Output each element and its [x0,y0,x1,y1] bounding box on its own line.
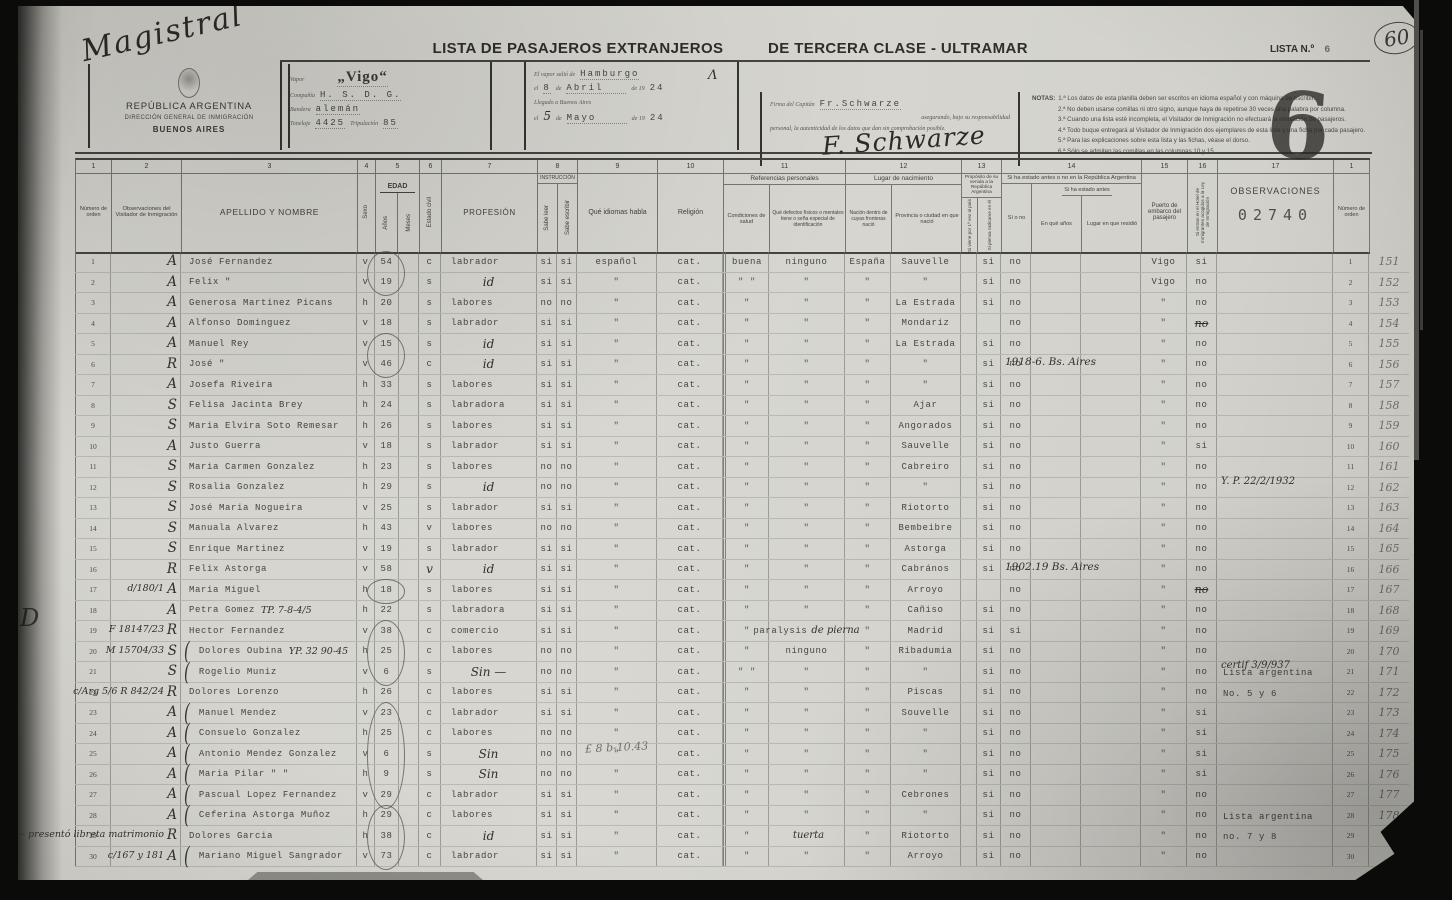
cell-es: c [419,642,441,662]
cell-q0 [961,785,977,805]
cell-ms [399,580,419,600]
cell-pv: Sauvelle [891,252,961,272]
cell-n: 24 [75,724,111,744]
cell-qa [1031,580,1081,600]
cell-q1: si [977,416,1001,436]
cell-sx: v [357,785,375,805]
table-row: 8SFelisa Jacinta Breyh24slabradorasisi"c… [75,396,1409,417]
cell-n2: 4 [1333,314,1369,334]
cell-pu: " [1141,826,1187,846]
cell-sx: h [357,375,375,395]
cell-q0 [961,744,977,764]
cell-pf: id [441,560,537,580]
cell-q0 [961,498,977,518]
cell-ec: si [557,539,577,559]
cell-n2: 18 [1333,601,1369,621]
cell-re: cat. [657,744,723,764]
cell-obs: S [111,416,181,436]
cell-re: cat. [657,457,723,477]
document-page: Magistral LISTA DE PASAJEROS EXTRANJEROS… [18,6,1414,880]
cell-q2: no [1001,580,1031,600]
cell-na: " [845,457,891,477]
cell-an: 18 [375,437,399,457]
authority-country: REPÚBLICA ARGENTINA [98,101,280,112]
cell-sa: " [723,642,769,662]
cell-pu: " [1141,806,1187,826]
cell-de: " [769,560,845,580]
cell-ms [399,375,419,395]
cell-de: " [769,539,845,559]
cell-name: Felix Astorga [181,560,357,580]
cell-sa: " [723,457,769,477]
cell-n2: 25 [1333,744,1369,764]
cell-n2: 12 [1333,478,1369,498]
cell-de: " [769,416,845,436]
cell-q1: si [977,334,1001,354]
cell-q1: si [977,355,1001,375]
cell-q2: no [1001,642,1031,662]
lista-number-label: LISTA N.º6 [1270,44,1330,56]
cell-pf: labrador [441,539,537,559]
arrival-day-handwritten: 5 [543,109,551,123]
col-header-referencias: Referencias personales Condiciones de sa… [724,172,846,252]
cell-mg: 155 [1369,334,1409,354]
cell-an: 54 [375,252,399,272]
cell-mg: 159 [1369,416,1409,436]
cell-ec: no [557,724,577,744]
cell-re: cat. [657,252,723,272]
cell-mg: 160 [1369,437,1409,457]
col-header-sexo: Sexo [358,172,376,252]
cell-n: 28 [75,806,111,826]
col-header-instruccion: INSTRUCCIÓN Sabe leer Sabe escribir [538,172,578,252]
cell-le: si [537,355,557,375]
cell-ec: si [557,826,577,846]
cell-name: Dolores Lorenzo [181,683,357,703]
cell-mg: 167 [1369,580,1409,600]
col-header-defectos: Qué defectos físicos o mentales tiene o … [770,185,846,252]
cell-sa: " [723,847,769,867]
cell-de: " [769,601,845,621]
cell-q1: si [977,703,1001,723]
cell-es: c [419,621,441,641]
cell-an: 6 [375,662,399,682]
cell-id: " [577,375,657,395]
cell-an: 29 [375,806,399,826]
cell-obs: c/Arg 5/6 R 842/24R [111,683,181,703]
departure-month: Abril [566,83,626,94]
cell-ec: si [557,314,577,334]
cell-sa: " [723,519,769,539]
cell-mg: 161 [1369,457,1409,477]
cell-na: " [845,375,891,395]
cell-q0 [961,847,977,867]
cell-ql [1081,252,1141,272]
cell-sa: " [723,560,769,580]
cell-mg: 151 [1369,252,1409,272]
cell-q2: no [1001,498,1031,518]
cell-pv: Madrid [891,621,961,641]
cell-ob [1217,437,1333,457]
cell-mg: 169 [1369,621,1409,641]
cell-ho: no [1187,580,1217,600]
cell-pf: Sin [441,765,537,785]
cell-q0 [961,683,977,703]
cell-es: v [419,519,441,539]
col-header-religion: Religión [658,172,724,252]
cell-id: " [577,621,657,641]
cell-ms [399,416,419,436]
cell-qa [1031,642,1081,662]
cell-de: " [769,662,845,682]
ship-info-box: Vapor „Vigo“ Compañía H. S. D. G. Bander… [280,62,492,150]
col-header-salud: Condiciones de salud [724,185,770,252]
cell-obs: A [111,744,181,764]
cell-ql [1081,683,1141,703]
cell-sx: h [357,601,375,621]
cell-ho: si [1187,252,1217,272]
cell-an: 29 [375,478,399,498]
cell-n: 6 [75,355,111,375]
cell-sa: " [723,601,769,621]
cell-es: v [419,560,441,580]
cell-pu: " [1141,601,1187,621]
cell-an: 26 [375,683,399,703]
cell-ms [399,785,419,805]
cell-ob [1217,621,1333,641]
cell-mg: 164 [1369,519,1409,539]
cell-mg: 153 [1369,293,1409,313]
cell-ho: no [1187,847,1217,867]
cell-pu: Vigo [1141,273,1187,293]
cell-ec: no [557,478,577,498]
cell-pv: Riotorto [891,826,961,846]
cell-sa: " [723,724,769,744]
cell-name: Petra GomezTP. 7-8-4/5 [181,601,357,621]
page-edge-sliver-2 [1420,30,1423,330]
cell-le: si [537,683,557,703]
cell-es: s [419,314,441,334]
cell-mg: 178 [1369,806,1409,826]
cell-pv: Bembeibre [891,519,961,539]
cell-re: cat. [657,519,723,539]
table-body: 1AJosé Fernandezv54clabradorsisiespañolc… [75,252,1409,867]
cell-sa: " [723,744,769,764]
cell-ec: si [557,621,577,641]
cell-q0 [961,806,977,826]
cell-n: 8 [75,396,111,416]
cell-mg: 176 [1369,765,1409,785]
cell-na: España [845,252,891,272]
cell-pu: " [1141,519,1187,539]
cell-n2: 3 [1333,293,1369,313]
cell-qa [1031,806,1081,826]
cell-ec: si [557,560,577,580]
cell-an: 26 [375,416,399,436]
cell-ob: no. 7 y 8 [1217,826,1333,846]
cell-ob [1217,765,1333,785]
cell-ql [1081,375,1141,395]
cell-an: 25 [375,498,399,518]
cell-re: cat. [657,273,723,293]
cell-ms [399,396,419,416]
cell-an: 24 [375,396,399,416]
cell-n2: 26 [1333,765,1369,785]
cell-de: " [769,478,845,498]
cell-ob [1217,334,1333,354]
cell-n2: 30 [1333,847,1369,867]
cell-sx: h [357,806,375,826]
bottom-edge-shadow [248,872,483,880]
cell-sa: " [723,806,769,826]
cell-ho: no [1187,683,1217,703]
col-header-lugar-nacimiento: Lugar de nacimiento Nación dentro de cuy… [846,172,962,252]
cell-re: cat. [657,826,723,846]
cell-n: 7 [75,375,111,395]
cell-q1: si [977,498,1001,518]
cell-re: cat. [657,601,723,621]
cell-sa: " [723,355,769,375]
cell-an: 18 [375,580,399,600]
tripulacion-label: Tripulación [350,121,378,127]
cell-de: " [769,519,845,539]
cell-mg: 168 [1369,601,1409,621]
cell-pv: La Estrada [891,334,961,354]
cell-obs: A [111,273,181,293]
cell-pf: labores [441,457,537,477]
cell-es: c [419,252,441,272]
cell-an: 46 [375,355,399,375]
cell-id: "£ 8 b-10.43 [577,744,657,764]
cell-pu: " [1141,847,1187,867]
cell-es: s [419,498,441,518]
cell-na: " [845,273,891,293]
table-row: 27A(Pascual Lopez Fernandezv29clabradors… [75,785,1409,806]
cell-ms [399,334,419,354]
cell-re: cat. [657,703,723,723]
cell-de: " [769,785,845,805]
table-row: 16RFelix Astorgav58vidsisi"cat."""Cabrán… [75,560,1409,581]
cell-ql [1081,457,1141,477]
cell-ob [1217,375,1333,395]
table-row: 3AGenerosa Martinez Picansh20slaboresnon… [75,293,1409,314]
cell-q2: no [1001,765,1031,785]
cell-na: " [845,498,891,518]
cell-ql [1081,396,1141,416]
table-row: 17d/180/1AMaria Miguelh18slaboressisi"ca… [75,580,1409,601]
arrival-year: 24 [650,113,665,123]
cell-name: Maria Carmen Gonzalez [181,457,357,477]
cell-n2: 14 [1333,519,1369,539]
cell-le: si [537,580,557,600]
cell-ob [1217,416,1333,436]
cell-ql [1081,416,1141,436]
departure-port: Hamburgo [580,69,639,80]
cell-mg: 156 [1369,355,1409,375]
cell-ho: no [1187,539,1217,559]
table-row: 5AManuel Reyv15sidsisi"cat."""La Estrada… [75,334,1409,355]
cell-de: " [769,683,845,703]
cell-n: 5 [75,334,111,354]
cell-na: " [845,642,891,662]
cell-de: paralysisde pierna [769,621,845,641]
cell-n: 26 [75,765,111,785]
cell-q0 [961,765,977,785]
cell-q2: no [1001,703,1031,723]
cell-id: " [577,498,657,518]
cell-na: " [845,519,891,539]
cell-na: " [845,765,891,785]
cell-ho: no [1187,498,1217,518]
col-header-idiomas: Qué idiomas habla [578,172,658,252]
cell-ob: Y. P. 22/2/1932 [1217,478,1333,498]
cell-q1: si [977,662,1001,682]
cell-n: 21 [75,662,111,682]
col-header-sabe-escribir: Sabe escribir [558,184,578,252]
cell-id: español [577,252,657,272]
cell-q0 [961,601,977,621]
cell-sa: " [723,437,769,457]
cell-n: 2 [75,273,111,293]
cell-n: 11 [75,457,111,477]
cell-q0 [961,375,977,395]
llegado-label: Llegado a Buenos Aires [534,100,591,106]
cell-sa: " " [723,662,769,682]
col-header-meses: Meses [398,193,420,252]
cell-ql [1081,765,1141,785]
cell-q0 [961,826,977,846]
cell-sx: v [357,437,375,457]
cell-qa [1031,539,1081,559]
cell-id: " [577,703,657,723]
captain-name-typed: Fr.Schwarze [820,99,901,110]
cell-ob: No. 5 y 6 [1217,683,1333,703]
ship-flag: alemán [316,104,360,115]
cell-qa [1031,683,1081,703]
cell-qa [1031,765,1081,785]
cell-pu: " [1141,437,1187,457]
cell-qa [1031,601,1081,621]
cell-ec: si [557,785,577,805]
cell-q0 [961,478,977,498]
coat-of-arms-icon [178,68,200,98]
cell-name: Maria Miguel [181,580,357,600]
cell-sa: " [723,765,769,785]
cell-q0 [961,355,977,375]
cell-obs: A [111,334,181,354]
cell-n2: 27 [1333,785,1369,805]
cell-q2: si [1001,621,1031,641]
cell-sx: h [357,457,375,477]
cell-pf: labores [441,580,537,600]
cell-ms [399,765,419,785]
cell-q2: no [1001,396,1031,416]
cell-ms [399,478,419,498]
cell-name: (Consuelo Gonzalez [181,724,357,744]
cell-pv: " [891,355,961,375]
cell-qa [1031,498,1081,518]
cell-n2: 5 [1333,334,1369,354]
cell-q1: si [977,457,1001,477]
cell-n2: 29 [1333,826,1369,846]
cell-id: " [577,785,657,805]
cell-na: " [845,662,891,682]
cell-pf: id [441,355,537,375]
cell-le: si [537,273,557,293]
cell-n: 16 [75,560,111,580]
departure-year: 24 [650,83,665,93]
cell-q0 [961,252,977,272]
cell-q2: no [1001,785,1031,805]
cell-le: si [537,396,557,416]
cell-ho: si [1187,437,1217,457]
cell-ql [1081,314,1141,334]
table-row: 15SEnrique Martinezv19slabradorsisi"cat.… [75,539,1409,560]
cell-q2: no [1001,539,1031,559]
cell-ec: si [557,375,577,395]
col-header-sabe-leer: Sabe leer [538,184,558,252]
cell-n: 1 [75,252,111,272]
cell-pu: " [1141,478,1187,498]
cell-pf: labradora [441,601,537,621]
cell-qa [1031,314,1081,334]
cell-pf: labrador [441,314,537,334]
cell-de: " [769,375,845,395]
cell-pu: " [1141,539,1187,559]
cell-pv: Ajar [891,396,961,416]
bandera-label: Bandera [290,107,311,113]
cell-ec: si [557,396,577,416]
cell-pv: " [891,375,961,395]
cell-de: " [769,355,845,375]
cell-mg: 152 [1369,273,1409,293]
cell-sx: v [357,252,375,272]
cell-id: " [577,539,657,559]
cell-q1: si [977,621,1001,641]
cell-q2: no [1001,683,1031,703]
cell-sx: h [357,580,375,600]
cell-an: 29 [375,785,399,805]
cell-ho: no [1187,457,1217,477]
cell-ql [1081,847,1141,867]
cell-ql [1081,662,1141,682]
cell-sa: " [723,396,769,416]
cell-de: " [769,806,845,826]
cell-ho: no [1187,826,1217,846]
cell-ob [1217,744,1333,764]
cell-es: c [419,355,441,375]
cell-id: " [577,293,657,313]
cell-ho: no [1187,662,1217,682]
cell-n: 18 [75,601,111,621]
cell-pf: labores [441,375,537,395]
cell-sa: " [723,826,769,846]
cell-ms [399,621,419,641]
cell-ho: no [1187,601,1217,621]
cell-q0 [961,314,977,334]
cell-q2: no [1001,293,1031,313]
cell-q1: si [977,539,1001,559]
cell-n2: 23 [1333,703,1369,723]
cell-es: s [419,457,441,477]
cell-ms [399,826,419,846]
cell-qa [1031,703,1081,723]
cell-name: Josefa Riveira [181,375,357,395]
cell-de: " [769,703,845,723]
cell-ms [399,642,419,662]
table-row: 30c/167 y 181A(Mariano Miguel Sangradorv… [75,847,1409,868]
authority-city: BUENOS AIRES [98,125,280,134]
